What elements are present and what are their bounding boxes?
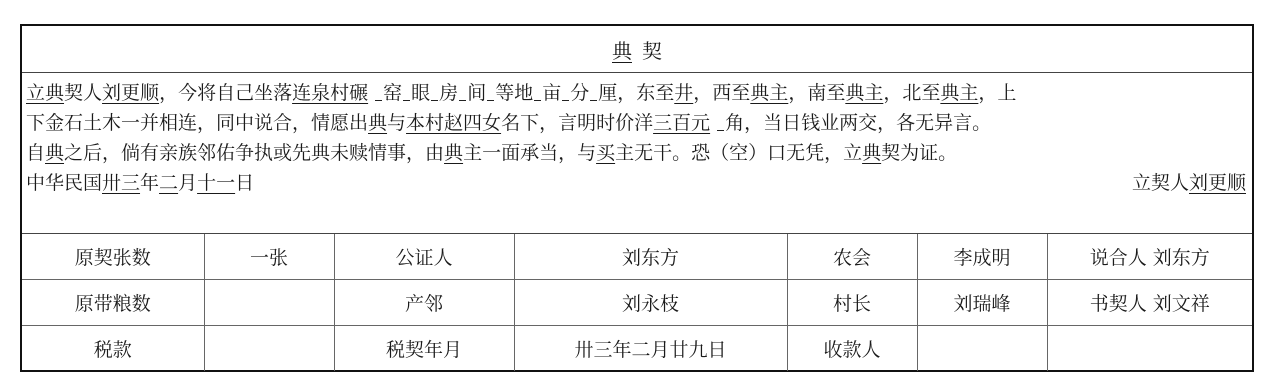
- fill-in-blank: [590, 82, 597, 101]
- text-segment: 之后，倘有亲族邻佑争执或先典未赎情事，由: [64, 142, 444, 164]
- filled-value: 十一: [197, 172, 235, 194]
- table-cell: [204, 326, 334, 372]
- filled-value: 典: [444, 142, 463, 164]
- table-cell: 说合人 刘东方: [1047, 234, 1252, 280]
- body-line-2: 下金石土木一并相连，同中说合，情愿出典与本村赵四女名下，言明时价洋三百元 角，当…: [26, 108, 1246, 138]
- title-char-qi: 契: [642, 35, 662, 64]
- title-char-dian: 典: [612, 35, 632, 64]
- text-segment: 房: [439, 82, 458, 104]
- text-segment: 日: [235, 172, 254, 194]
- text-segment: 年: [140, 172, 159, 194]
- fill-in-blank: [487, 82, 494, 101]
- filled-value: 三百元: [653, 112, 710, 134]
- text-segment: ，南至: [788, 82, 845, 104]
- text-segment: 窑: [383, 82, 402, 104]
- filled-value: 本村赵四女: [406, 112, 501, 134]
- filled-value: 立: [26, 82, 45, 104]
- text-segment: ，上: [978, 82, 1016, 104]
- text-segment: 角，当日钱业两交，各无异言。: [725, 112, 991, 134]
- filled-value: 典: [45, 82, 64, 104]
- filled-value: 典: [45, 142, 64, 164]
- table-cell: 产邻: [334, 280, 514, 326]
- date-signature-line: 中华民国卅三年二月十一日 立契人刘更顺: [26, 168, 1246, 198]
- fill-in-blank: [459, 82, 466, 101]
- filled-value: 卅三: [102, 172, 140, 194]
- table-cell: 李成明: [917, 234, 1047, 280]
- table-cell: 书契人 刘文祥: [1047, 280, 1252, 326]
- text-segment: 下金石土木一并相连，同中说合，情愿出: [26, 112, 368, 134]
- text-segment: 主一面承当，与: [463, 142, 596, 164]
- text-segment: 中华民国: [26, 172, 102, 194]
- text-segment: [368, 82, 374, 104]
- text-segment: 自: [26, 142, 45, 164]
- table-cell: 收款人: [787, 326, 917, 372]
- document-title: 典 契: [22, 26, 1252, 73]
- filled-value: 典主: [750, 82, 788, 104]
- table-cell: 刘永枝: [514, 280, 787, 326]
- table-cell: 原带粮数: [22, 280, 204, 326]
- filled-value: 刘更顺: [102, 82, 159, 104]
- filled-value: 典: [368, 112, 387, 134]
- contract-details-table: 原契张数一张公证人刘东方农会李成明说合人 刘东方原带粮数产邻刘永枝村长刘瑞峰书契…: [22, 234, 1252, 371]
- signature-name: 刘更顺: [1189, 172, 1246, 194]
- text-segment: 与: [387, 112, 406, 134]
- table-cell: [917, 326, 1047, 372]
- filled-value: 连泉村碾: [292, 82, 368, 104]
- contract-body: 立典契人刘更顺，今将自己坐落连泉村碾 窑眼房间等地亩分厘，东至井，西至典主，南至…: [22, 72, 1252, 234]
- text-segment: 名下，言明时价洋: [501, 112, 653, 134]
- text-segment: 月: [178, 172, 197, 194]
- body-line-1: 立典契人刘更顺，今将自己坐落连泉村碾 窑眼房间等地亩分厘，东至井，西至典主，南至…: [26, 78, 1246, 108]
- body-line-3: 自典之后，倘有亲族邻佑争执或先典未赎情事，由典主一面承当，与买主无干。恐（空）口…: [26, 138, 1246, 168]
- text-segment: ，北至: [883, 82, 940, 104]
- text-segment: 等地: [495, 82, 533, 104]
- table-cell: 公证人: [334, 234, 514, 280]
- table-cell: [204, 280, 334, 326]
- table-cell: 刘东方: [514, 234, 787, 280]
- filled-value: 典主: [940, 82, 978, 104]
- signature: 立契人刘更顺: [1132, 168, 1246, 198]
- fill-in-blank: [534, 82, 541, 101]
- fill-in-blank: [375, 82, 382, 101]
- table-cell: 一张: [204, 234, 334, 280]
- table-cell: 农会: [787, 234, 917, 280]
- fill-in-blank: [403, 82, 410, 101]
- fill-in-blank: [562, 82, 569, 101]
- text-segment: 厘，东至: [598, 82, 674, 104]
- text-segment: ，今将自己坐落: [159, 82, 292, 104]
- contract-document: 典 契 立典契人刘更顺，今将自己坐落连泉村碾 窑眼房间等地亩分厘，东至井，西至典…: [20, 24, 1254, 372]
- filled-value: 井: [674, 82, 693, 104]
- table-cell: 刘瑞峰: [917, 280, 1047, 326]
- filled-value: 二: [159, 172, 178, 194]
- contract-date: 中华民国卅三年二月十一日: [26, 168, 254, 198]
- table-cell: 原契张数: [22, 234, 204, 280]
- filled-value: 典主: [845, 82, 883, 104]
- filled-value: 买: [596, 142, 615, 164]
- text-segment: 间: [467, 82, 486, 104]
- text-segment: ，西至: [693, 82, 750, 104]
- text-segment: 主无干。恐（空）口无凭，立: [615, 142, 862, 164]
- filled-value: 典: [862, 142, 881, 164]
- text-segment: 契为证。: [881, 142, 957, 164]
- table-cell: 卅三年二月廿九日: [514, 326, 787, 372]
- text-segment: 分: [570, 82, 589, 104]
- table-cell: 税款: [22, 326, 204, 372]
- table-row: 税款税契年月卅三年二月廿九日收款人: [22, 326, 1252, 372]
- text-segment: 亩: [542, 82, 561, 104]
- table-row: 原契张数一张公证人刘东方农会李成明说合人 刘东方: [22, 234, 1252, 280]
- text-segment: 眼: [411, 82, 430, 104]
- text-segment: [710, 112, 716, 134]
- table-cell: 税契年月: [334, 326, 514, 372]
- table-cell: [1047, 326, 1252, 372]
- table-cell: 村长: [787, 280, 917, 326]
- text-segment: 契人: [64, 82, 102, 104]
- fill-in-blank: [717, 112, 724, 131]
- signature-label: 立契人: [1132, 172, 1189, 194]
- table-row: 原带粮数产邻刘永枝村长刘瑞峰书契人 刘文祥: [22, 280, 1252, 326]
- fill-in-blank: [431, 82, 438, 101]
